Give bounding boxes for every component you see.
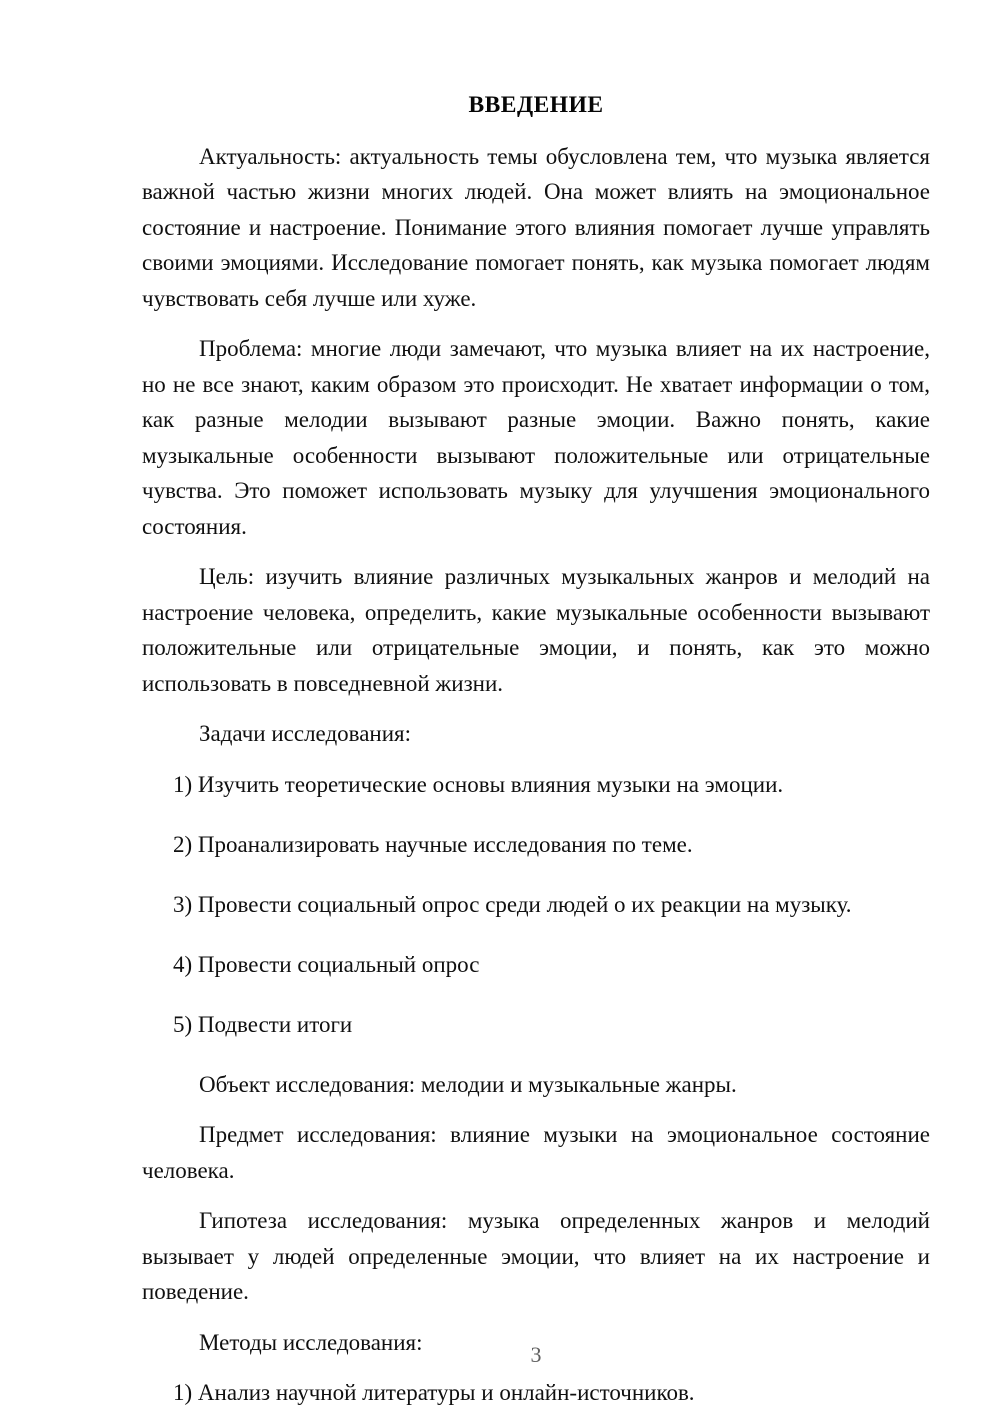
method-item-1: 1) Анализ научной литературы и онлайн-ис… xyxy=(142,1375,930,1411)
task-item-4: 4) Провести социальный опрос xyxy=(142,947,930,983)
document-page: ВВЕДЕНИЕ Актуальность: актуальность темы… xyxy=(0,0,1000,1414)
paragraph-hypothesis: Гипотеза исследования: музыка определенн… xyxy=(142,1203,930,1310)
task-item-5: 5) Подвести итоги xyxy=(142,1007,930,1043)
page-number: 3 xyxy=(142,1337,930,1373)
task-item-2: 2) Проанализировать научные исследования… xyxy=(142,827,930,863)
tasks-list: 1) Изучить теоретические основы влияния … xyxy=(142,767,930,1043)
tasks-heading: Задачи исследования: xyxy=(142,716,930,752)
methods-list: 1) Анализ научной литературы и онлайн-ис… xyxy=(142,1375,930,1411)
page-title: ВВЕДЕНИЕ xyxy=(142,88,930,124)
paragraph-relevance: Актуальность: актуальность темы обусловл… xyxy=(142,139,930,317)
paragraph-goal: Цель: изучить влияние различных музыкаль… xyxy=(142,559,930,701)
task-item-3: 3) Провести социальный опрос среди людей… xyxy=(142,887,930,923)
paragraph-problem: Проблема: многие люди замечают, что музы… xyxy=(142,331,930,544)
paragraph-object: Объект исследования: мелодии и музыкальн… xyxy=(142,1067,930,1103)
paragraph-subject: Предмет исследования: влияние музыки на … xyxy=(142,1117,930,1188)
task-item-1: 1) Изучить теоретические основы влияния … xyxy=(142,767,930,803)
